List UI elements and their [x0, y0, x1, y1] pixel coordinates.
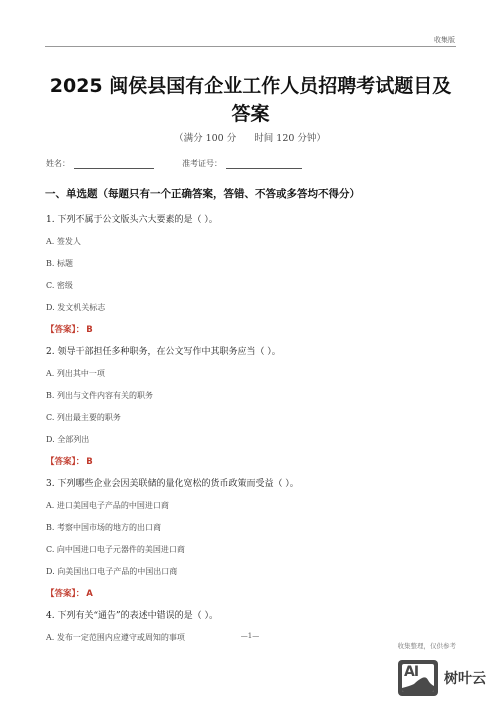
option-b: B. 考察中国市场的地方的出口商 — [46, 521, 466, 543]
page-number: —1— — [0, 632, 500, 640]
option-a: A. 列出其中一项 — [46, 367, 466, 389]
exam-id-blank — [226, 161, 302, 169]
option-b: B. 标题 — [46, 257, 466, 279]
option-d: D. 发文机关标志 — [46, 301, 466, 323]
option-d: D. 全部列出 — [46, 433, 466, 455]
question-2: 2. 领导干部担任多种职务，在公文写作中其职务应当（ ）。 A. 列出其中一项 … — [46, 345, 466, 477]
name-blank — [74, 161, 154, 169]
answer-value: A — [86, 589, 93, 599]
option-c: C. 密级 — [46, 279, 466, 301]
answer-label: 【答案】： — [46, 589, 84, 599]
option-a: A. 进口美国电子产品的中国进口商 — [46, 499, 466, 521]
full-score: （满分 100 分 — [174, 133, 236, 144]
question-3: 3. 下列哪些企业会因美联储的量化宽松的货币政策而受益（ ）。 A. 进口美国电… — [46, 477, 466, 609]
answer-label: 【答案】： — [46, 325, 84, 335]
candidate-info: 姓名： 准考证号： — [46, 158, 302, 169]
exam-duration: 时间 120 分钟） — [254, 133, 326, 144]
mountain-icon — [402, 664, 434, 692]
footer-note: 收集整理，仅供参考 — [398, 641, 457, 650]
option-a: A. 签发人 — [46, 235, 466, 257]
answer-value: B — [86, 457, 92, 467]
answer-label: 【答案】： — [46, 457, 84, 467]
option-c: C. 向中国进口电子元器件的美国进口商 — [46, 543, 466, 565]
logo-text: 树叶云 — [444, 668, 486, 688]
question-stem: 1. 下列不属于公文版头六大要素的是（ ）。 — [46, 213, 466, 235]
section-heading: 一、单选题（每题只有一个正确答案，答错、不答或多答均不得分） — [45, 186, 360, 201]
answer-line: 【答案】：B — [46, 323, 466, 345]
answer-value: B — [86, 325, 92, 335]
document-title: 2025 闽侯县国有企业工作人员招聘考试题目及答案 — [45, 72, 456, 128]
option-d: D. 向美国出口电子产品的中国出口商 — [46, 565, 466, 587]
question-1: 1. 下列不属于公文版头六大要素的是（ ）。 A. 签发人 B. 标题 C. 密… — [46, 213, 466, 345]
question-list: 1. 下列不属于公文版头六大要素的是（ ）。 A. 签发人 B. 标题 C. 密… — [46, 213, 466, 653]
answer-line: 【答案】：A — [46, 587, 466, 609]
name-label: 姓名： — [46, 158, 70, 169]
answer-line: 【答案】：B — [46, 455, 466, 477]
question-stem: 4. 下列有关“通告”的表述中错误的是（ ）。 — [46, 609, 466, 631]
edition-label: 收集版 — [434, 35, 455, 45]
exam-meta: （满分 100 分时间 120 分钟） — [0, 130, 500, 144]
question-stem: 2. 领导干部担任多种职务，在公文写作中其职务应当（ ）。 — [46, 345, 466, 367]
question-stem: 3. 下列哪些企业会因美联储的量化宽松的货币政策而受益（ ）。 — [46, 477, 466, 499]
ai-image-icon: AI — [398, 660, 438, 696]
header-divider — [45, 46, 456, 47]
option-b: B. 列出与文件内容有关的职务 — [46, 389, 466, 411]
brand-logo: AI 树叶云 — [398, 660, 486, 696]
exam-id-label: 准考证号： — [182, 158, 222, 169]
option-c: C. 列出最主要的职务 — [46, 411, 466, 433]
